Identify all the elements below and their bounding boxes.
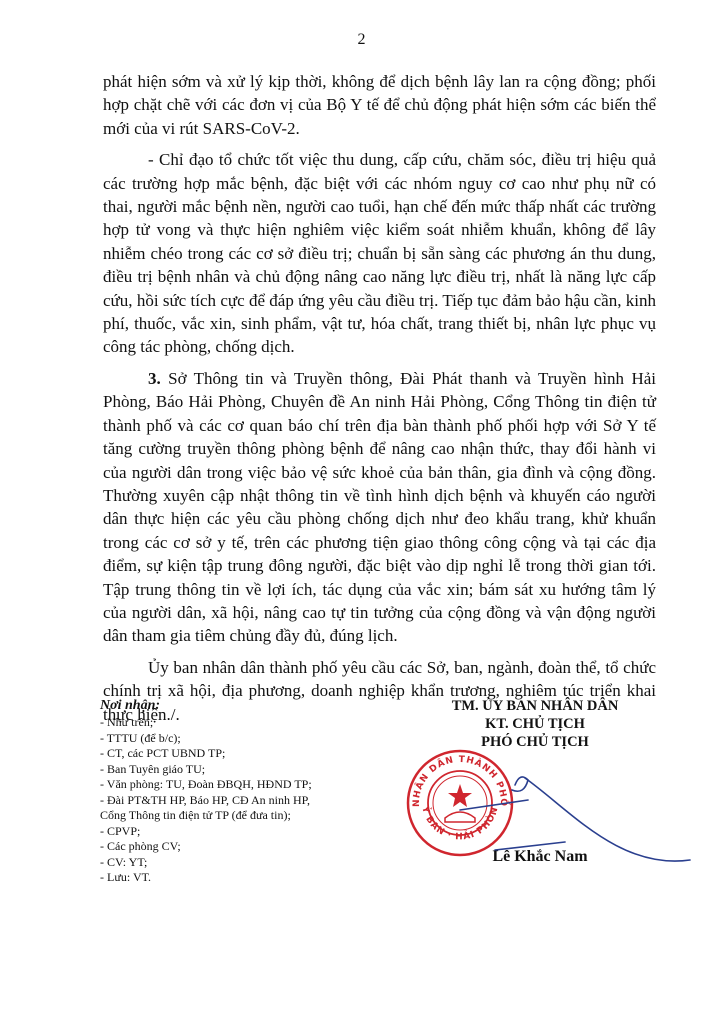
official-seal-icon: NHÂN DÂN THÀNH PHỐ UỶ BAN · HẢI PHÒNG bbox=[405, 748, 515, 858]
page-number: 2 bbox=[0, 31, 723, 49]
item-number: 3. bbox=[148, 369, 161, 388]
paragraph-treatment-directive: - Chỉ đạo tổ chức tốt việc thu dung, cấp… bbox=[103, 148, 656, 359]
paragraph-continuation: phát hiện sớm và xử lý kịp thời, không đ… bbox=[103, 70, 656, 140]
recipient-item: - Đài PT&TH HP, Báo HP, CĐ An ninh HP, bbox=[100, 793, 380, 809]
recipient-item: - Ban Tuyên giáo TU; bbox=[100, 762, 380, 778]
paragraph-item-3: 3. Sở Thông tin và Truyền thông, Đài Phá… bbox=[103, 367, 656, 648]
recipient-item: - CT, các PCT UBND TP; bbox=[100, 746, 380, 762]
signature-block-title: TM. ỦY BAN NHÂN DÂN KT. CHỦ TỊCH PHÓ CHỦ… bbox=[410, 697, 660, 751]
signature-line-1: TM. ỦY BAN NHÂN DÂN bbox=[410, 697, 660, 715]
signer-name: Lê Khắc Nam bbox=[470, 848, 610, 866]
recipient-item: - CPVP; bbox=[100, 824, 380, 840]
recipient-item: - Như trên; bbox=[100, 715, 380, 731]
recipient-item: - CV: YT; bbox=[100, 855, 380, 871]
recipient-item: - Văn phòng: TU, Đoàn ĐBQH, HĐND TP; bbox=[100, 777, 380, 793]
document-body: phát hiện sớm và xử lý kịp thời, không đ… bbox=[103, 70, 656, 734]
recipients-title: Nơi nhận: bbox=[100, 697, 380, 715]
recipient-item: Cổng Thông tin điện tử TP (để đưa tin); bbox=[100, 808, 380, 824]
item-3-text: Sở Thông tin và Truyền thông, Đài Phát t… bbox=[103, 369, 656, 645]
recipient-item: - TTTU (để b/c); bbox=[100, 731, 380, 747]
signature-line-2: KT. CHỦ TỊCH bbox=[410, 715, 660, 733]
recipients-list: Nơi nhận: - Như trên; - TTTU (để b/c); -… bbox=[100, 697, 380, 886]
recipient-item: - Lưu: VT. bbox=[100, 870, 380, 886]
recipient-item: - Các phòng CV; bbox=[100, 839, 380, 855]
